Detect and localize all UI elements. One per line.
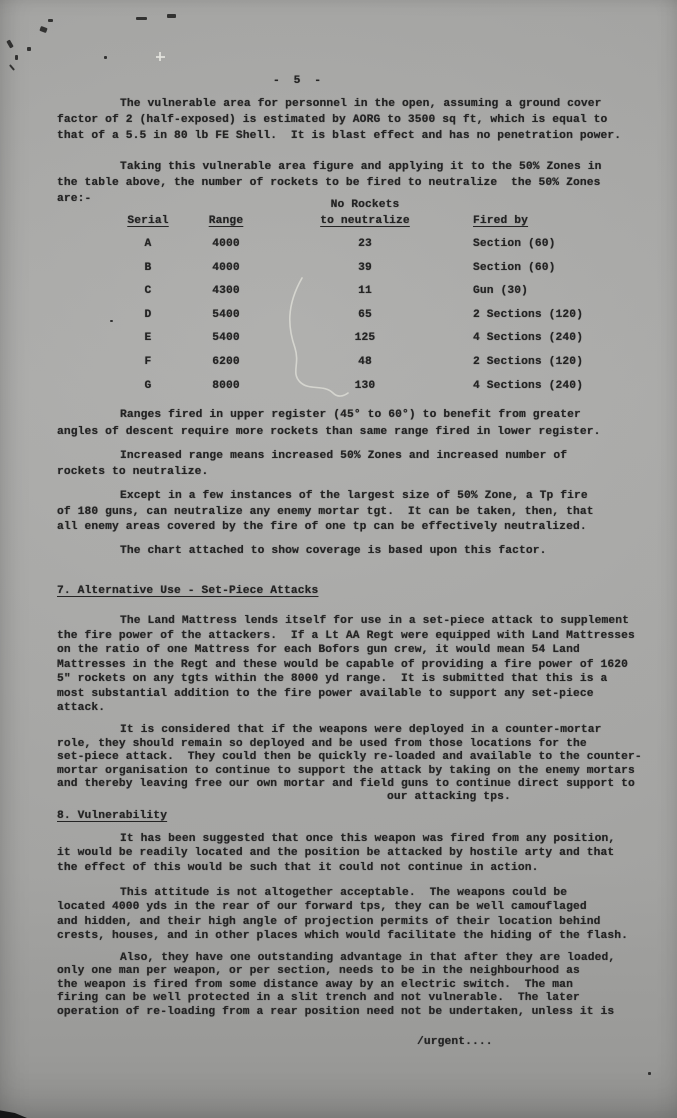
cell-range: 5400	[200, 309, 252, 321]
ink-mark	[167, 14, 176, 18]
text-line: It has been suggested that once this wea…	[57, 832, 673, 846]
text-line: rockets to neutralize.	[57, 465, 673, 481]
text-line: The Land Mattress lends itself for use i…	[57, 614, 673, 629]
ink-mark	[104, 56, 107, 59]
text-line: the effect of this would be such that it…	[57, 861, 673, 875]
column-header-rockets-line1: No Rockets	[300, 198, 430, 214]
text-line: Also, they have one outstanding advantag…	[57, 952, 673, 965]
cell-fired_by: Gun (30)	[473, 285, 673, 297]
ink-mark	[39, 26, 47, 33]
table-row: C430011Gun (30)	[0, 285, 677, 309]
text-line: Taking this vulnerable area figure and a…	[57, 159, 673, 175]
text-line: role, they should remain so deployed and…	[57, 738, 673, 752]
text-line: and hidden, and their high angle of proj…	[57, 915, 673, 929]
cell-fired_by: 4 Sections (240)	[473, 380, 673, 392]
table-body: A400023Section (60)B400039Section (60)C4…	[0, 238, 677, 403]
ink-mark	[6, 40, 13, 49]
text-line: operation of re-loading from a rear posi…	[57, 1006, 673, 1019]
table-row: A400023Section (60)	[0, 238, 677, 262]
table-row: E54001254 Sections (240)	[0, 332, 677, 356]
cell-range: 4000	[200, 238, 252, 250]
text-line: that of a 5.5 in 80 lb FE Shell. It is b…	[57, 128, 673, 144]
paragraph: The chart attached to show coverage is b…	[57, 544, 673, 560]
paragraph: Also, they have one outstanding advantag…	[57, 952, 673, 1019]
text-line: the fire power of the attackers. If a Lt…	[57, 629, 673, 644]
text-line: mortar organisation to continue to suppo…	[57, 765, 673, 779]
paragraph: Except in a few instances of the largest…	[57, 489, 673, 536]
cell-range: 4000	[200, 262, 252, 274]
cell-fired_by: Section (60)	[473, 262, 673, 274]
text-line: Mattresses in the Regt and these would b…	[57, 658, 673, 673]
paragraph: It is considered that if the weapons wer…	[57, 724, 673, 792]
column-header-serial: Serial	[118, 214, 178, 230]
table-row: F6200482 Sections (120)	[0, 356, 677, 380]
cell-rockets: 39	[300, 262, 430, 274]
text-line: Increased range means increased 50% Zone…	[57, 449, 673, 465]
cell-serial: F	[118, 356, 178, 368]
text-line: angles of descent require more rockets t…	[57, 424, 673, 441]
section-heading-7: 7. Alternative Use - Set-Piece Attacks	[57, 585, 318, 597]
cell-rockets: 23	[300, 238, 430, 250]
text-line: only one man per weapon, or per section,…	[57, 965, 673, 978]
text-line: 5" rockets on any tgts within the 8000 y…	[57, 672, 673, 687]
paragraph-tail-line: our attacking tps.	[387, 791, 511, 803]
text-line: the weapon is fired from some distance a…	[57, 979, 673, 992]
text-line: crests, houses, and in other places whic…	[57, 929, 673, 943]
text-line: set-piece attack. They could then be qui…	[57, 751, 673, 765]
ink-mark	[648, 1072, 651, 1075]
table-row: D5400652 Sections (120)	[0, 309, 677, 333]
table-row: G80001304 Sections (240)	[0, 380, 677, 404]
ink-mark	[27, 47, 31, 51]
text-line: attack.	[57, 701, 673, 716]
cell-rockets: 11	[300, 285, 430, 297]
text-line: it would be readily located and the posi…	[57, 846, 673, 860]
text-line: all enemy areas covered by the fire of o…	[57, 520, 673, 536]
paragraph: Increased range means increased 50% Zone…	[57, 449, 673, 480]
cell-rockets: 65	[300, 309, 430, 321]
text-line: Ranges fired in upper register (45° to 6…	[57, 407, 673, 424]
ink-mark	[48, 19, 53, 22]
cell-rockets: 130	[300, 380, 430, 392]
page-number: - 5 -	[273, 75, 321, 87]
ink-mark	[15, 55, 18, 60]
text-line: firing can be well protected in a slit t…	[57, 992, 673, 1005]
cell-fired_by: Section (60)	[473, 238, 673, 250]
text-line: of 180 guns, can neutralize any enemy mo…	[57, 505, 673, 521]
cell-serial: G	[118, 380, 178, 392]
text-line: Except in a few instances of the largest…	[57, 489, 673, 505]
cell-serial: B	[118, 262, 178, 274]
ink-mark	[136, 17, 147, 20]
catchword: /urgent....	[417, 1036, 493, 1048]
cell-serial: C	[118, 285, 178, 297]
cell-rockets: 125	[300, 332, 430, 344]
cell-fired_by: 2 Sections (120)	[473, 309, 673, 321]
text-line: and thereby leaving free our own mortar …	[57, 778, 673, 792]
text-line: located 4000 yds in the rear of our forw…	[57, 900, 673, 914]
text-line: The chart attached to show coverage is b…	[57, 544, 673, 560]
text-line: The vulnerable area for personnel in the…	[57, 96, 673, 112]
column-header-range: Range	[200, 214, 252, 230]
column-header-rockets-line2: to neutralize	[300, 214, 430, 230]
paper-scratch	[159, 52, 161, 61]
paragraph: The Land Mattress lends itself for use i…	[57, 614, 673, 716]
column-header-fired-by: Fired by	[473, 214, 673, 230]
text-line: most substantial addition to the fire po…	[57, 687, 673, 702]
section-heading-8: 8. Vulnerability	[57, 810, 167, 822]
cell-rockets: 48	[300, 356, 430, 368]
cell-range: 6200	[200, 356, 252, 368]
cell-range: 4300	[200, 285, 252, 297]
text-line: This attitude is not altogether acceptab…	[57, 886, 673, 900]
paragraph: It has been suggested that once this wea…	[57, 832, 673, 875]
text-line: on the ratio of one Mattress for each Bo…	[57, 643, 673, 658]
ink-mark	[9, 64, 15, 71]
paragraph: This attitude is not altogether acceptab…	[57, 886, 673, 944]
cell-range: 5400	[200, 332, 252, 344]
cell-fired_by: 4 Sections (240)	[473, 332, 673, 344]
cell-serial: E	[118, 332, 178, 344]
cell-fired_by: 2 Sections (120)	[473, 356, 673, 368]
text-line: the table above, the number of rockets t…	[57, 175, 673, 191]
table-row: B400039Section (60)	[0, 262, 677, 286]
text-line: factor of 2 (half-exposed) is estimated …	[57, 112, 673, 128]
cell-range: 8000	[200, 380, 252, 392]
cell-serial: D	[118, 309, 178, 321]
scanned-page: - 5 - The vulnerable area for personnel …	[0, 0, 677, 1118]
paragraph: The vulnerable area for personnel in the…	[57, 96, 673, 144]
paragraph: Ranges fired in upper register (45° to 6…	[57, 407, 673, 440]
cell-serial: A	[118, 238, 178, 250]
scan-corner-artifact	[0, 1109, 27, 1118]
text-line: It is considered that if the weapons wer…	[57, 724, 673, 738]
